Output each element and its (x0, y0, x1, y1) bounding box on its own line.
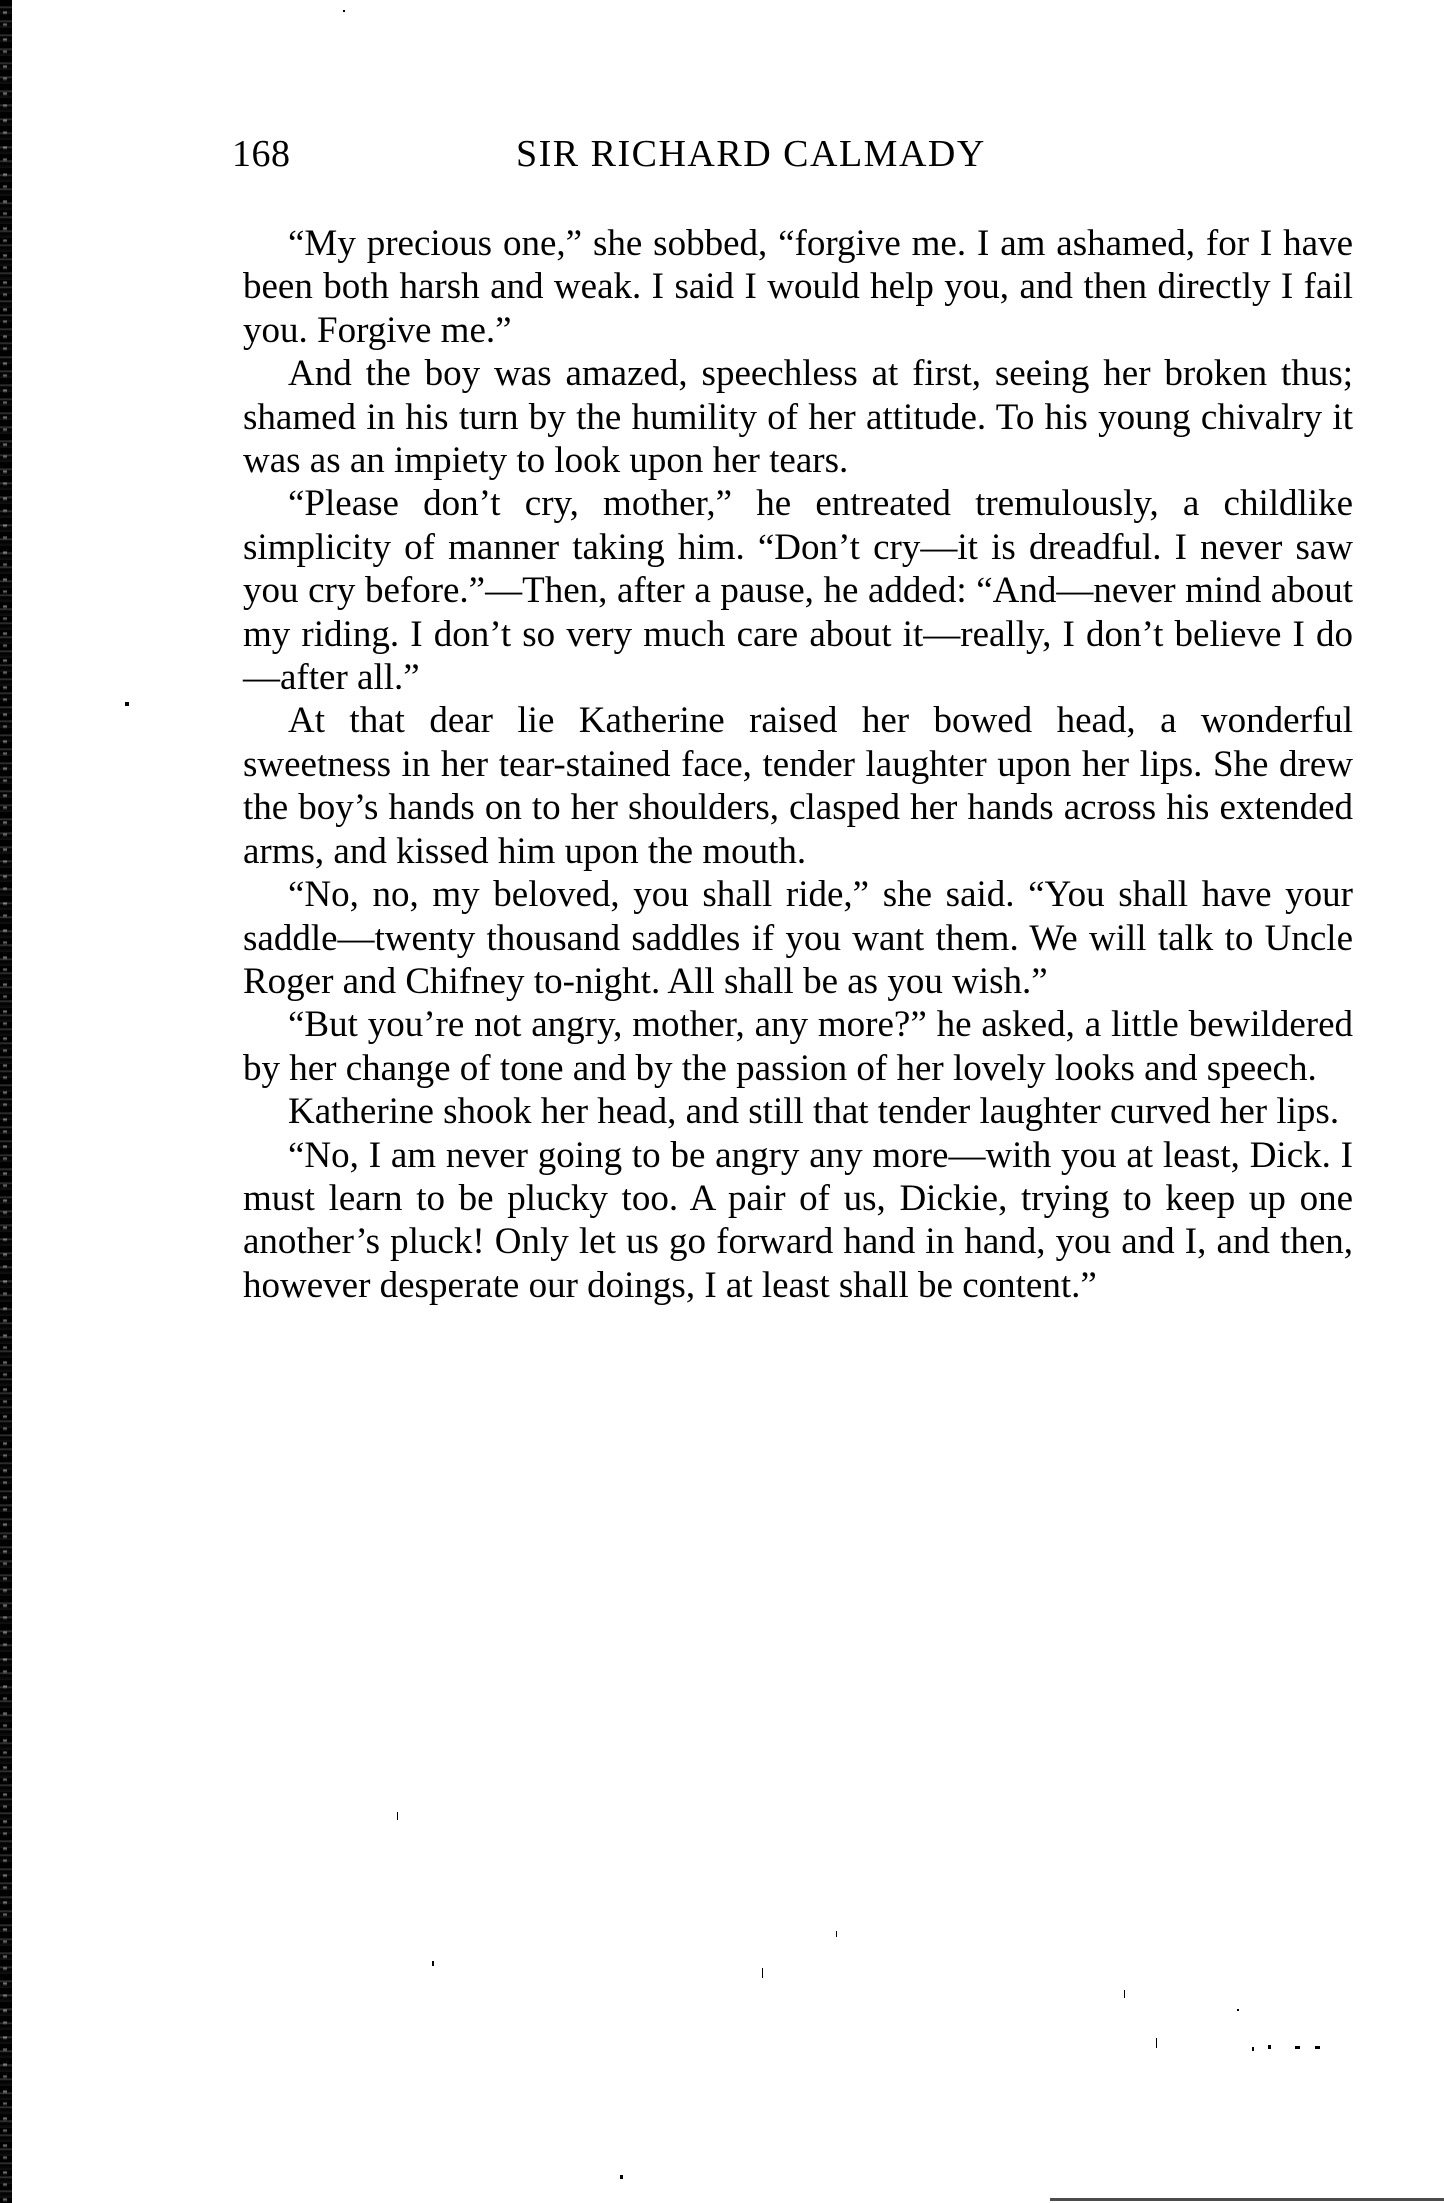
scan-speck (1156, 2038, 1157, 2048)
paragraph: “Please don’t cry, mother,” he entreated… (243, 482, 1353, 699)
body-text: “My precious one,” she sobbed, “forgive … (243, 222, 1353, 1307)
scan-speck (432, 1961, 434, 1966)
paragraph: “No, no, my beloved, you shall ride,” sh… (243, 873, 1353, 1003)
scan-speck (836, 1931, 837, 1937)
page-number: 168 (232, 132, 291, 176)
paragraph: “My precious one,” she sobbed, “forgive … (243, 222, 1353, 352)
paragraph: At that dear lie Katherine raised her bo… (243, 699, 1353, 873)
scan-speck (1315, 2046, 1320, 2049)
page-header: 168 SIR RICHARD CALMADY (232, 132, 1358, 182)
paragraph: Katherine shook her head, and still that… (243, 1090, 1353, 1133)
scan-speck (397, 1812, 398, 1820)
scan-speck (1295, 2046, 1300, 2049)
scan-speck (1050, 2198, 1444, 2201)
paragraph: “But you’re not angry, mother, any more?… (243, 1003, 1353, 1090)
paragraph: “No, I am never going to be angry any mo… (243, 1134, 1353, 1308)
paragraph: And the boy was amazed, speechless at fi… (243, 352, 1353, 482)
book-binding-edge (0, 0, 12, 2203)
scan-speck (1124, 1990, 1125, 1998)
scan-speck (620, 2175, 623, 2179)
scan-speck (1252, 2047, 1254, 2051)
scan-speck (1268, 2045, 1271, 2049)
scan-speck (343, 10, 345, 12)
running-title: SIR RICHARD CALMADY (516, 132, 986, 176)
scan-speck (125, 702, 129, 706)
scan-speck (1237, 2009, 1239, 2011)
scan-speck (762, 1968, 763, 1978)
